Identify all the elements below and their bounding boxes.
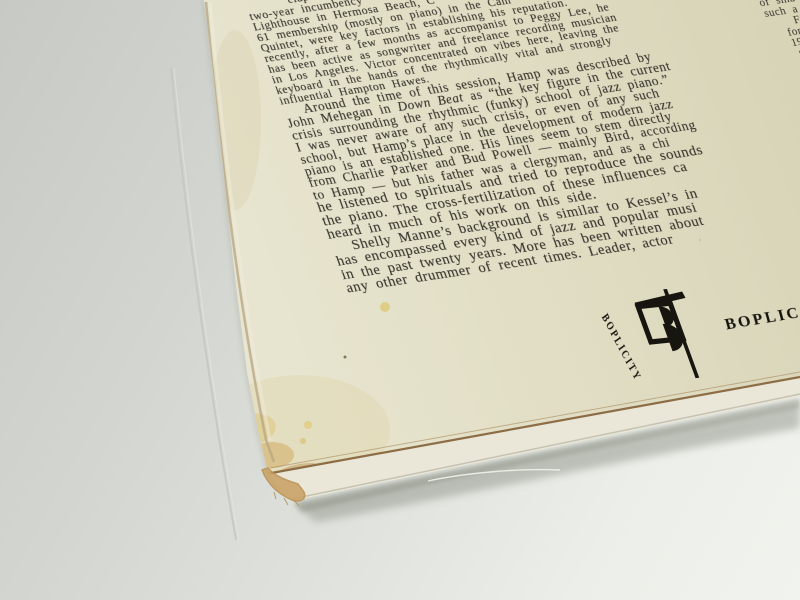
- scratch-line: [428, 470, 560, 481]
- corner-fray: [262, 468, 305, 501]
- photo-canvas: elapse be two-year incumbency Lighthouse…: [0, 0, 800, 600]
- foreground-marks: [0, 0, 800, 600]
